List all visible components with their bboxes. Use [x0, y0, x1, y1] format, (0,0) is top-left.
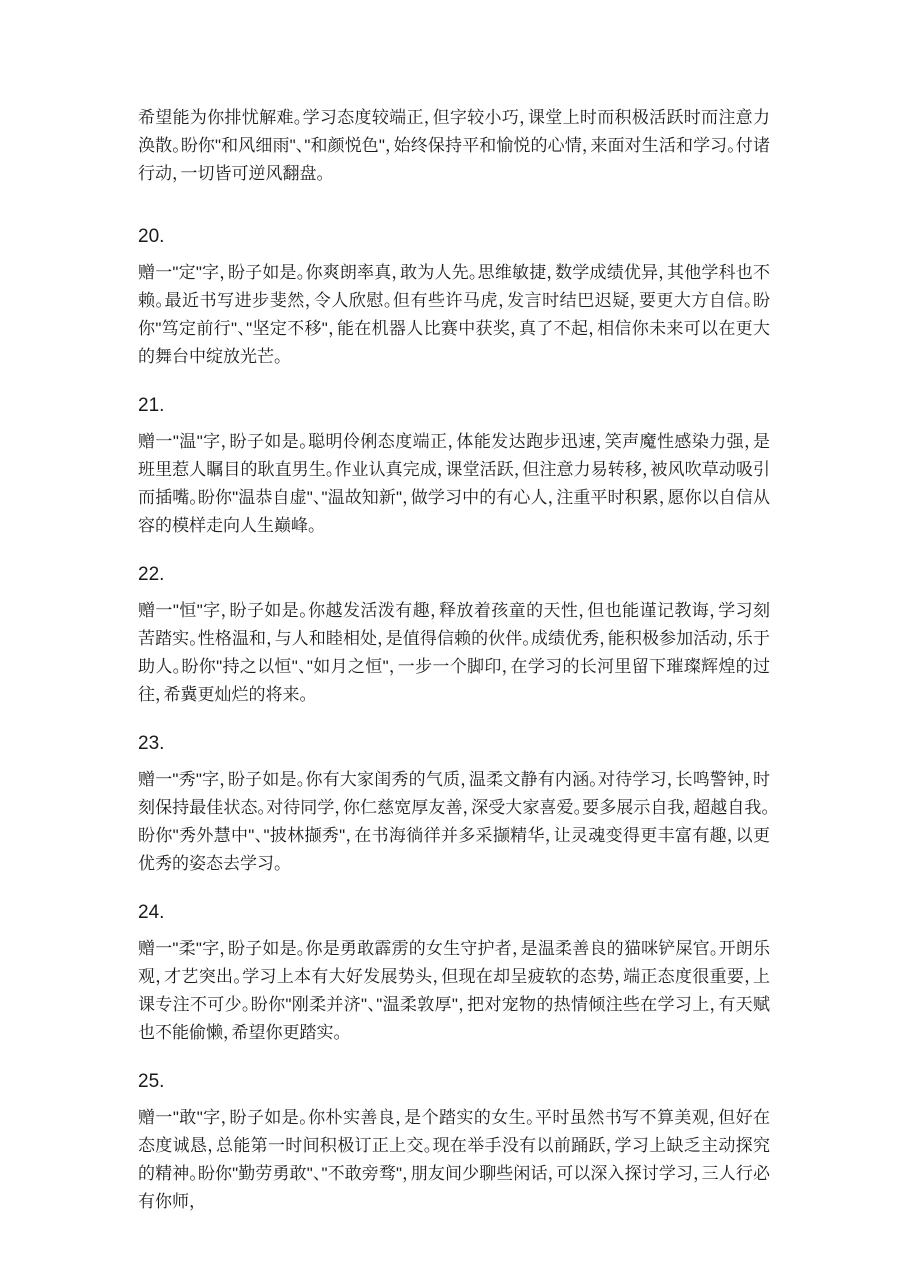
entry-text: 赠一"秀"字，盼子如是。你有大家闺秀的气质，温柔文静有内涵。对待学习，长鸣警钟，… — [138, 766, 770, 878]
comment-entry-24: 24. 赠一"柔"字，盼子如是。你是勇敢霹雳的女生守护者，是温柔善良的猫咪铲屎官… — [138, 899, 770, 1047]
continued-paragraph: 希望能为你排忧解难。学习态度较端正，但字较小巧，课堂上时而积极活跃时而注意力涣散… — [138, 104, 770, 188]
comment-entry-25: 25. 赠一"敢"字，盼子如是。你朴实善良，是个踏实的女生。平时虽然书写不算美观… — [138, 1068, 770, 1216]
entry-text: 赠一"柔"字，盼子如是。你是勇敢霹雳的女生守护者，是温柔善良的猫咪铲屎官。开朗乐… — [138, 935, 770, 1047]
comment-entry-21: 21. 赠一"温"字，盼子如是。聪明伶俐态度端正，体能发达跑步迅速，笑声魔性感染… — [138, 392, 770, 540]
comment-entry-20: 20. 赠一"定"字，盼子如是。你爽朗率真，敢为人先。思维敏捷，数学成绩优异，其… — [138, 223, 770, 371]
entry-number: 20. — [138, 223, 770, 251]
entry-number: 24. — [138, 899, 770, 927]
entry-text: 赠一"恒"字，盼子如是。你越发活泼有趣，释放着孩童的天性，但也能谨记教诲，学习刻… — [138, 597, 770, 709]
entry-text: 赠一"定"字，盼子如是。你爽朗率真，敢为人先。思维敏捷，数学成绩优异，其他学科也… — [138, 259, 770, 371]
entry-number: 22. — [138, 561, 770, 589]
document-content: 希望能为你排忧解难。学习态度较端正，但字较小巧，课堂上时而积极活跃时而注意力涣散… — [138, 104, 770, 1216]
entry-number: 25. — [138, 1068, 770, 1096]
comment-entry-22: 22. 赠一"恒"字，盼子如是。你越发活泼有趣，释放着孩童的天性，但也能谨记教诲… — [138, 561, 770, 709]
document-page: { "page": { "background": "#ffffff", "te… — [0, 0, 900, 1286]
entry-text: 赠一"敢"字，盼子如是。你朴实善良，是个踏实的女生。平时虽然书写不算美观，但好在… — [138, 1104, 770, 1216]
entry-number: 23. — [138, 730, 770, 758]
entry-text: 赠一"温"字，盼子如是。聪明伶俐态度端正，体能发达跑步迅速，笑声魔性感染力强，是… — [138, 428, 770, 540]
comment-entry-23: 23. 赠一"秀"字，盼子如是。你有大家闺秀的气质，温柔文静有内涵。对待学习，长… — [138, 730, 770, 878]
entry-number: 21. — [138, 392, 770, 420]
